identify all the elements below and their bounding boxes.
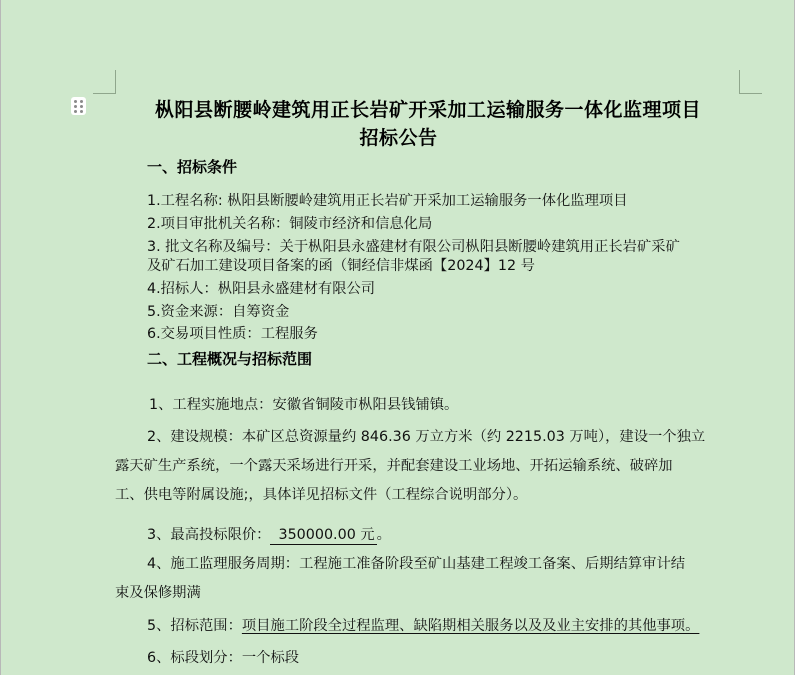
overview-item-service-period-line1: 4、施工监理服务周期：工程施工准备阶段至矿山基建工程竣工备案、后期结算审计结 [147,553,685,573]
condition-item-tenderer: 4.招标人：枞阳县永盛建材有限公司 [147,278,375,298]
top-right-margin-mark [739,70,762,94]
section-heading-project-overview: 二、工程概况与招标范围 [147,348,312,369]
overview-item-scale-line3: 工、供电等附属设施;，具体详见招标文件（工程综合说明部分）。 [115,484,527,504]
section-heading-bidding-conditions: 一、招标条件 [147,156,237,177]
scope-value: 项目施工阶段全过程监理、缺陷期相关服务以及及业主安排的其他事项。 [242,618,700,634]
overview-item-scale-line2: 露天矿生产系统，一个露天采场进行开采，并配套建设工业场地、开拓运输系统、破碎加 [115,455,673,475]
scope-label: 5、招标范围： [147,618,242,634]
condition-item-project-name: 1.工程名称: 枞阳县断腰岭建筑用正长岩矿开采加工运输服务一体化监理项目 [147,190,628,210]
condition-item-approval-authority: 2.项目审批机关名称：铜陵市经济和信息化局 [147,213,432,233]
overview-item-service-period-line2: 束及保修期满 [115,582,201,602]
overview-item-scale-line1: 2、建设规模：本矿区总资源量约 846.36 万立方米（约 2215.03 万吨… [147,426,705,446]
overview-item-max-price: 3、最高投标限价：350000.00 元。 [147,524,391,545]
overview-item-location: 1、工程实施地点：安徽省铜陵市枞阳县钱铺镇。 [149,394,458,414]
overview-item-lot-division: 6、标段划分：一个标段 [147,647,299,667]
condition-item-approval-doc-line2: 及矿石加工建设项目备案的函（铜经信非煤函【2024】12 号 [147,255,535,275]
condition-item-transaction-nature: 6.交易项目性质：工程服务 [147,323,318,343]
condition-item-funding-source: 5.资金来源：自筹资金 [147,301,289,321]
max-price-value: 350000.00 元 [270,527,376,545]
overview-item-scope: 5、招标范围：项目施工阶段全过程监理、缺陷期相关服务以及及业主安排的其他事项。 [147,615,699,635]
document-title-line1: 枞阳县断腰岭建筑用正长岩矿开采加工运输服务一体化监理项目 [33,95,795,122]
document-title-line2: 招标公告 [1,123,795,150]
condition-item-approval-doc-line1: 3. 批文名称及编号：关于枞阳县永盛建材有限公司枞阳县断腰岭建筑用正长岩矿采矿 [147,236,680,256]
top-left-margin-mark [93,70,116,94]
max-price-label: 3、最高投标限价： [147,527,270,543]
max-price-suffix: 。 [377,527,391,543]
